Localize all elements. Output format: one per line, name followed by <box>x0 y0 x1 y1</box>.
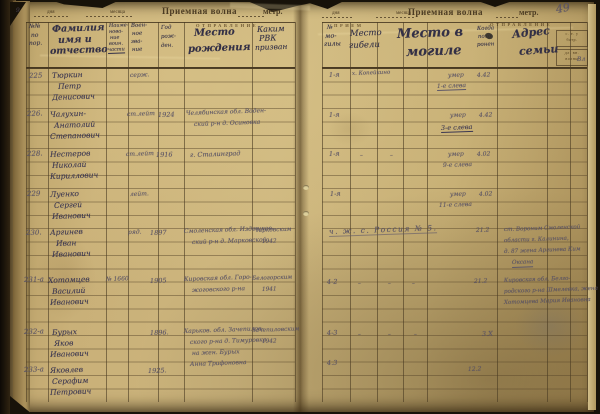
grid-vline <box>106 22 107 402</box>
column-header-line: мо- <box>325 33 337 40</box>
margin-mark: 9 <box>16 8 20 14</box>
death-date: 21.2 <box>476 228 490 234</box>
column-header-line: могиле <box>406 44 462 59</box>
entry-name-line: Аргинев <box>50 228 83 237</box>
entry-name-line: Иванович <box>50 350 89 359</box>
death-note: умер <box>448 151 464 158</box>
entry-name-line: Иванович <box>50 298 89 307</box>
death-date: 21.2 <box>474 279 488 285</box>
entry-year: 1916 <box>156 151 173 158</box>
family-address-line: Оксана <box>512 260 534 267</box>
entry-name-line: Анатолий <box>54 121 95 130</box>
death-note: умер <box>448 72 464 79</box>
entry-name-line: Яков <box>54 339 74 347</box>
grave-number: 1-я <box>329 72 340 79</box>
entry-rvk-line: 1942 <box>262 339 277 345</box>
form-blank-line <box>34 16 68 17</box>
grid-vline <box>295 22 296 402</box>
column-header-line: Фамилия <box>52 23 105 34</box>
entry-number: 230. <box>26 229 42 237</box>
death-date: 4.02 <box>477 152 491 158</box>
column-header-line: № <box>327 25 333 31</box>
form-blank-line <box>496 17 518 18</box>
column-header-line: ние <box>132 48 143 54</box>
death-date: 4.02 <box>479 192 493 198</box>
entry-name-line: Кириллович <box>50 171 98 180</box>
column-header-line: №№ <box>29 24 41 30</box>
entry-number: 226. <box>27 110 43 118</box>
under-page-edge <box>588 4 596 410</box>
entry-year: 1924 <box>158 111 175 118</box>
entry-name-line: Чалухин- <box>50 110 86 119</box>
grave-number: 4-3 <box>327 330 338 337</box>
entry-rank: ряд. <box>128 230 142 236</box>
grid-vline <box>377 22 378 402</box>
column-header-line: ное <box>132 32 142 38</box>
column-header-line: Место <box>194 28 235 39</box>
entry-rank: ст.лейт <box>127 111 155 118</box>
column-header-line: по <box>31 33 39 39</box>
ditto-mark: – <box>388 332 391 338</box>
column-header-line: части <box>108 47 125 54</box>
entry-number: 229 <box>27 191 41 198</box>
grid-vline <box>48 22 49 402</box>
column-header-line: призван <box>255 43 288 52</box>
entry-name-line: Петр <box>58 82 81 90</box>
grid-vline <box>128 22 129 402</box>
column-header-line: ден. <box>161 44 173 50</box>
death-note: умер <box>450 112 466 119</box>
entry-rvk-line: 1941 <box>262 287 277 293</box>
punch-hole <box>303 185 309 190</box>
column-header-line: Воен- <box>131 23 147 29</box>
column-header-line: Год <box>161 26 172 32</box>
death-date: 4.42 <box>479 113 493 119</box>
grid-vline <box>322 22 323 402</box>
column-header-line: ронен <box>477 42 495 48</box>
entry-number: 231-а <box>24 276 44 284</box>
grave-number: 1-я <box>329 112 340 119</box>
grid-vline <box>26 22 27 402</box>
grave-position: 1-е слева <box>437 83 466 91</box>
grid-vline <box>403 22 404 402</box>
grave-number: 4.3 <box>327 360 338 367</box>
ditto-mark: – <box>360 153 363 159</box>
death-date: 3.X <box>482 331 493 338</box>
ledger-scan: дня месяца Приемная волна метр. ОТПРАВЛЕ… <box>0 0 600 414</box>
entry-name-line: Иванович <box>52 212 91 221</box>
grave-position: 9-е слева <box>443 162 472 169</box>
entry-name-line: Николай <box>52 161 87 170</box>
entry-number: 232-а <box>24 328 44 336</box>
entry-name-line: Петрович <box>50 388 92 397</box>
column-header-line: Место <box>350 29 382 39</box>
grave-position: 11-е слева <box>439 202 472 209</box>
grid-vline <box>350 22 351 402</box>
grave-number: 1-я <box>330 191 341 198</box>
grave-number: 1-я <box>329 151 340 158</box>
printed-form-title: Приемная волна <box>408 8 483 17</box>
grid-vline <box>184 22 185 402</box>
grid-vline <box>570 22 571 402</box>
entry-rvk-line: 1942 <box>262 239 277 245</box>
printed-meter-label: метр. <box>263 8 282 16</box>
pencil-note: Вл <box>577 57 585 63</box>
ditto-mark: – <box>412 281 415 287</box>
column-header-line: гибели <box>349 41 380 51</box>
entry-number: 228. <box>27 150 43 158</box>
entry-birthplace-line: г. Сталинград <box>190 150 241 158</box>
column-header-line: рож- <box>161 34 176 40</box>
entry-name-line: Денисович <box>52 93 95 102</box>
column-header-line: отчество <box>50 45 108 57</box>
entry-rank: лейт. <box>130 191 149 198</box>
grid-vline <box>587 22 588 402</box>
entry-name-line: Сергей <box>54 201 82 209</box>
printed-month-label: месяца <box>110 10 125 15</box>
entry-year: 1896. <box>150 329 169 336</box>
column-header-line: пор. <box>29 41 42 47</box>
ditto-mark: – <box>358 281 361 287</box>
column-header-line: гилы <box>324 40 341 47</box>
entry-year: 1925. <box>148 367 167 374</box>
entry-name-line: Луенко <box>50 190 79 199</box>
column-header-line: семьи <box>519 43 559 57</box>
grave-position: 3-е слева <box>441 124 473 133</box>
death-date: 4.42 <box>477 73 491 79</box>
entry-name-line: Степанович <box>50 131 100 140</box>
entry-name-line: Иван <box>56 239 77 247</box>
entry-number: 233-а <box>24 366 44 374</box>
entry-rank: ст.лейт <box>126 151 154 158</box>
grid-vline <box>427 22 428 402</box>
printed-box-batr: с. е. у батр. <box>556 30 588 47</box>
entry-name-line: Серафим <box>52 377 89 386</box>
column-header-line: зва- <box>131 40 143 46</box>
column-header-line: Место в <box>397 26 463 41</box>
grave-number: 4-2 <box>327 279 338 286</box>
printed-day-label: дня <box>47 10 55 15</box>
entry-number: 225 <box>29 73 43 80</box>
printed-day-label: дня <box>332 11 340 16</box>
printed-box-line: батр. <box>557 37 587 43</box>
entry-name-line: Нестеров <box>50 150 91 159</box>
death-date: 12.2 <box>468 367 482 373</box>
entry-year: 1897 <box>150 229 167 236</box>
entry-name-line: Бурых <box>52 328 77 336</box>
entry-name-line: Тюркин <box>52 71 83 80</box>
entry-rank: серж. <box>130 72 150 79</box>
form-blank-line <box>86 16 134 17</box>
printed-meter-label: метр. <box>519 9 538 17</box>
ditto-mark: – <box>390 153 393 159</box>
entry-name-line: Иванович <box>52 250 91 259</box>
page-number: 49 <box>555 2 571 15</box>
entry-name-line: Яковлев <box>50 366 83 375</box>
entry-unit: № 1660 <box>106 276 129 283</box>
entry-year: 1905 <box>150 277 167 284</box>
grid-vline <box>158 22 159 402</box>
ditto-mark: – <box>414 332 417 338</box>
printed-form-title: Приемная волна <box>162 7 237 16</box>
form-blank-line <box>376 17 416 18</box>
death-note: умер <box>450 191 466 198</box>
grid-vline <box>497 22 498 402</box>
ditto-mark: – <box>388 281 391 287</box>
grid-vline <box>547 22 548 402</box>
entry-name-line: Василий <box>52 287 86 296</box>
form-blank-line <box>238 16 264 17</box>
ditto-mark: – <box>358 332 361 338</box>
punch-hole <box>303 211 309 216</box>
form-blank-line <box>322 17 352 18</box>
column-header-line: Когда <box>477 26 494 32</box>
entry-name-line: Хотомцев <box>48 276 90 285</box>
grid-vline <box>252 22 253 402</box>
